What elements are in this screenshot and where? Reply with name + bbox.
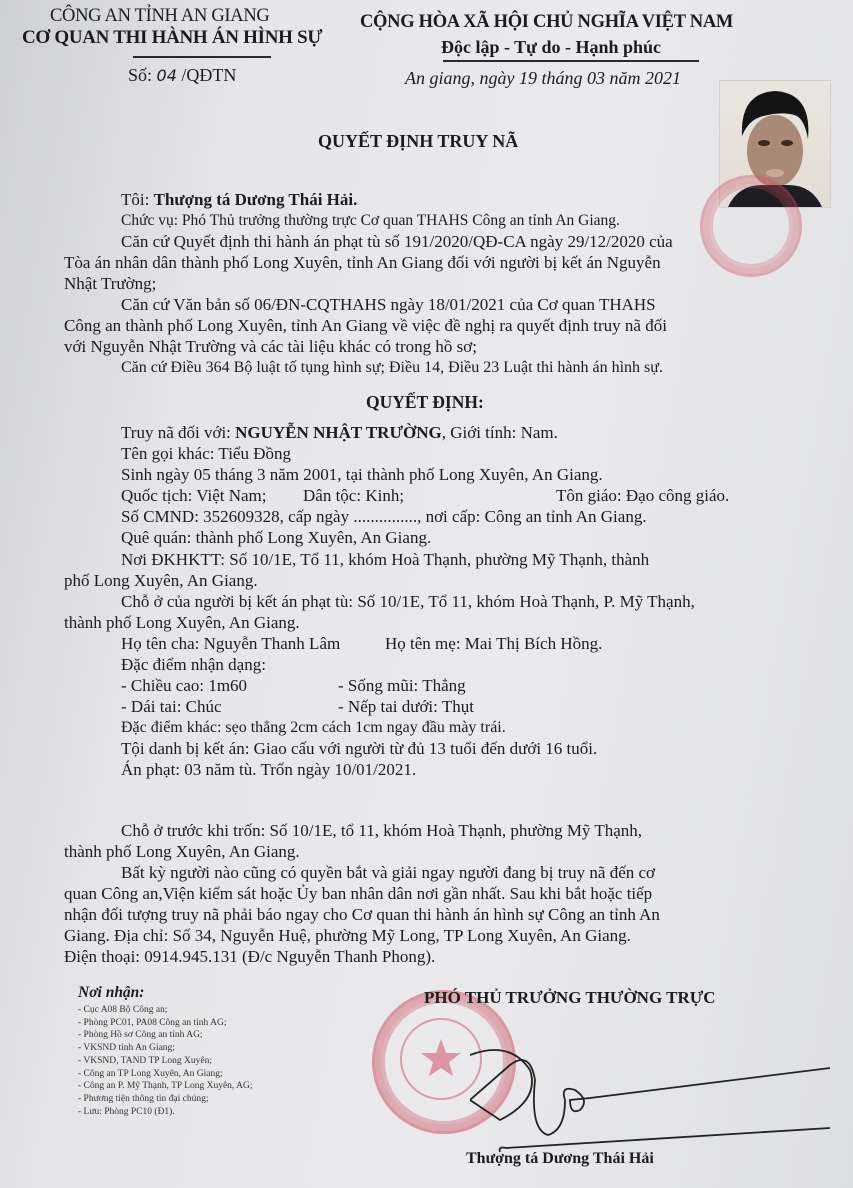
father-name: Họ tên cha: Nguyễn Thanh Lâm xyxy=(121,633,340,654)
notice-line3: nhận đối tượng truy nã phải báo ngay cho… xyxy=(64,904,660,925)
basis2-line1: Căn cứ Văn bản số 06/ĐN-CQTHAHS ngày 18/… xyxy=(121,294,656,315)
wanted-decision-document: CÔNG AN TỈNH AN GIANG CƠ QUAN THI HÀNH Á… xyxy=(0,0,853,1188)
feature-earlobe: - Dái tai: Chúc xyxy=(121,696,222,717)
department-name: CƠ QUAN THI HÀNH ÁN HÌNH SỰ xyxy=(22,27,322,49)
feature-ear-fold: - Nếp tai dưới: Thụt xyxy=(338,696,474,717)
recipients-label: Nơi nhận: xyxy=(78,984,144,1002)
sentence: Án phạt: 03 năm tù. Trốn ngày 10/01/2021… xyxy=(121,759,416,780)
national-motto: Độc lập - Tự do - Hạnh phúc xyxy=(441,37,661,58)
mother-name: Họ tên mẹ: Mai Thị Bích Hồng. xyxy=(385,633,602,654)
document-title: QUYẾT ĐỊNH TRUY NÃ xyxy=(318,131,518,152)
signature-title: PHÓ THỦ TRƯỞNG THƯỜNG TRỰC xyxy=(424,988,716,1008)
birth-info: Sinh ngày 05 tháng 3 năm 2001, tại thành… xyxy=(121,464,603,485)
issuer-position: Chức vụ: Phó Thủ trưởng thường trực Cơ q… xyxy=(121,210,620,231)
number-value: 04 xyxy=(157,66,177,85)
wanted-person-line: Truy nã đối với: NGUYỄN NHẬT TRƯỜNG, Giớ… xyxy=(121,422,558,443)
other-features: Đặc điểm khác: sẹo thẳng 2cm cách 1cm ng… xyxy=(121,717,506,738)
number-suffix: /QĐTN xyxy=(177,65,237,85)
registered-address-line2: phố Long Xuyên, An Giang. xyxy=(64,570,258,591)
recipient-item: - Lưu: Phòng PC10 (Đ1). xyxy=(78,1106,253,1119)
residence-line1: Chỗ ở của người bị kết án phạt tù: Số 10… xyxy=(121,591,695,612)
crime: Tội danh bị kết án: Giao cấu với người t… xyxy=(121,738,597,759)
wanted-prefix: Truy nã đối với: xyxy=(121,423,235,442)
recipient-item: - Cục A08 Bộ Công an; xyxy=(78,1004,253,1017)
date-line: An giang, ngày 19 tháng 03 năm 2021 xyxy=(405,68,681,89)
recipient-item: - Phương tiện thông tin đại chúng; xyxy=(78,1093,253,1106)
date-day: 19 xyxy=(519,68,537,88)
alias: Tên gọi khác: Tiểu Đồng xyxy=(121,443,291,464)
recipients-list: - Cục A08 Bộ Công an; - Phòng PC01, PA08… xyxy=(78,1004,253,1118)
notice-line5: Điện thoại: 0914.945.131 (Đ/c Nguyễn Tha… xyxy=(64,946,435,967)
basis1-line2: Tòa án nhân dân thành phố Long Xuyên, tỉ… xyxy=(64,252,661,273)
document-number: Số: 04 /QĐTN xyxy=(128,65,236,86)
wanted-name: NGUYỄN NHẬT TRƯỜNG xyxy=(235,423,442,442)
signer-name: Thượng tá Dương Thái Hải xyxy=(466,1150,654,1168)
notice-line1: Bất kỳ người nào cũng có quyền bắt và gi… xyxy=(121,862,655,883)
feature-nose: - Sống mũi: Thẳng xyxy=(338,675,466,696)
religion: Tôn giáo: Đạo công giáo. xyxy=(556,485,729,506)
issuer-name: Thượng tá Dương Thái Hải. xyxy=(154,190,358,209)
feature-height: - Chiều cao: 1m60 xyxy=(121,675,247,696)
agency-name: CÔNG AN TỈNH AN GIANG xyxy=(50,6,269,27)
department-prefix: CƠ QUAN xyxy=(22,27,113,48)
id-card: Số CMND: 352609328, cấp ngày ...........… xyxy=(121,506,647,527)
registered-address-line1: Nơi ĐKHKTT: Số 10/1E, Tổ 11, khóm Hoà Th… xyxy=(121,549,649,570)
recipient-item: - Công an TP Long Xuyên, An Giang; xyxy=(78,1068,253,1081)
recipient-item: - VKSND, TAND TP Long Xuyên; xyxy=(78,1055,253,1068)
date-prefix: An giang, ngày xyxy=(405,68,519,88)
number-label: Số: xyxy=(128,65,157,85)
basis1-line1: Căn cứ Quyết định thi hành án phạt tù số… xyxy=(121,231,673,252)
basis2-line3: với Nguyễn Nhật Trường và các tài liệu k… xyxy=(64,336,477,357)
department-suffix: HÌNH SỰ xyxy=(239,27,322,48)
recipient-item: - Công an P. Mỹ Thạnh, TP Long Xuyên, AG… xyxy=(78,1080,253,1093)
header-underline-left xyxy=(133,56,271,58)
basis3: Căn cứ Điều 364 Bộ luật tố tụng hình sự;… xyxy=(121,357,663,378)
ethnicity: Dân tộc: Kinh; xyxy=(303,485,404,506)
notice-line4: Giang. Địa chỉ: Số 34, Nguyễn Huệ, phườn… xyxy=(64,925,631,946)
department-underlined: THI HÀNH ÁN xyxy=(113,27,239,48)
issuer-line: Tôi: Thượng tá Dương Thái Hải. xyxy=(121,189,357,210)
recipient-item: - Phòng PC01, PA08 Công an tỉnh AG; xyxy=(78,1017,253,1030)
notice-line2: quan Công an,Viện kiểm sát hoặc Ủy ban n… xyxy=(64,883,652,904)
basis1-line3: Nhật Trường; xyxy=(64,273,156,294)
header-underline-right xyxy=(443,60,699,62)
features-label: Đặc điểm nhận dạng: xyxy=(121,654,266,675)
basis2-line2: Công an thành phố Long Xuyên, tỉnh An Gi… xyxy=(64,315,667,336)
date-suffix: tháng 03 năm 2021 xyxy=(537,68,681,88)
residence-line2: thành phố Long Xuyên, An Giang. xyxy=(64,612,300,633)
issuer-label: Tôi: xyxy=(121,190,154,209)
before-escape-line2: thành phố Long Xuyên, An Giang. xyxy=(64,841,300,862)
wanted-gender: , Giới tính: Nam. xyxy=(442,423,558,442)
official-seal-top xyxy=(700,175,802,277)
before-escape-line1: Chỗ ở trước khi trốn: Số 10/1E, tổ 11, k… xyxy=(121,820,642,841)
recipient-item: - VKSND tỉnh An Giang; xyxy=(78,1042,253,1055)
national-title: CỘNG HÒA XÃ HỘI CHỦ NGHĨA VIỆT NAM xyxy=(360,12,733,33)
hometown: Quê quán: thành phố Long Xuyên, An Giang… xyxy=(121,527,431,548)
signature-scribble-icon xyxy=(470,1030,830,1170)
recipient-item: - Phòng Hồ sơ Công an tỉnh AG; xyxy=(78,1029,253,1042)
decision-heading: QUYẾT ĐỊNH: xyxy=(366,392,484,413)
nationality: Quốc tịch: Việt Nam; xyxy=(121,485,267,506)
